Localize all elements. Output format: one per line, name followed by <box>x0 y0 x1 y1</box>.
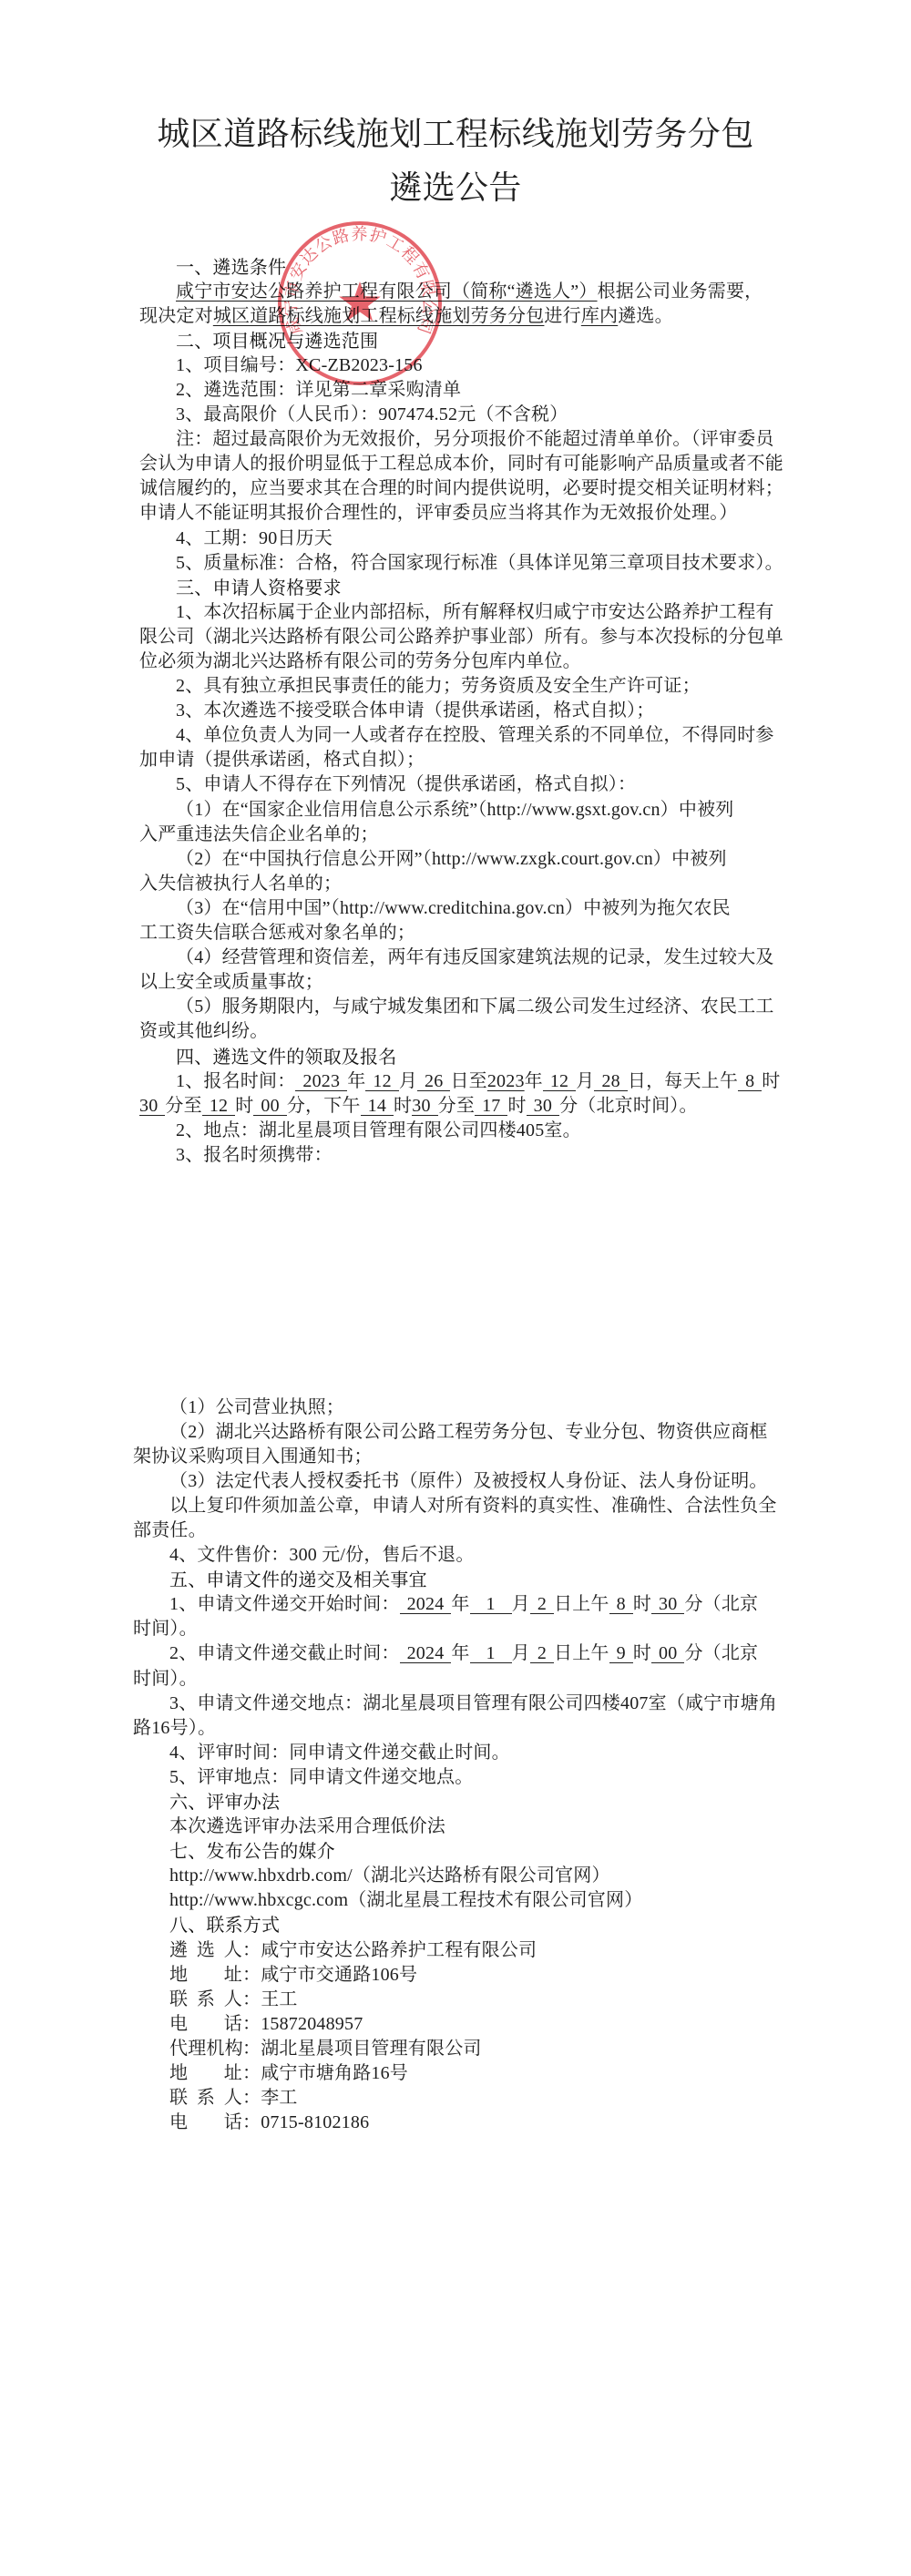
section-heading-registration: 四、遴选文件的领取及报名 <box>139 1045 832 1069</box>
contact-value: 咸宁市交通路106号 <box>261 1965 417 1985</box>
colon: ： <box>242 1965 261 1985</box>
deadline-year: 2024 <box>400 1644 452 1663</box>
exclusion-item-2-line: （2）在“中国执行信息公开网”（http://www.zxgk.court.go… <box>139 847 832 872</box>
contact-tenderer-person: 联系人：王工 <box>133 1988 825 2012</box>
exclusion-item-1-line: 入严重违法失信企业名单的； <box>139 823 832 847</box>
text: 分至 <box>165 1096 201 1116</box>
text: 日，每天上午 <box>628 1071 738 1091</box>
media-url-2: http://www.hbxcgc.com（湖北星晨工程技术有限公司官网） <box>133 1888 825 1913</box>
project-number: 1、项目编号：XC-ZB2023-156 <box>139 353 832 378</box>
quality-standard: 5、质量标准：合格，符合国家现行标准（具体详见第三章项目技术要求）。 <box>139 551 832 576</box>
tenderer-name: 咸宁市安达公路养护工程有限公司（简称“遴选人”） <box>176 281 598 302</box>
announcement-page: 城区道路标线施划工程标线施划劳务分包 遴选公告 一、遴选条件 咸宁市安达公路养护… <box>0 0 911 2576</box>
colon: ： <box>242 2039 261 2059</box>
section-heading-submission: 五、申请文件的递交及相关事宜 <box>133 1568 825 1592</box>
document-title-line2: 遴选公告 <box>0 169 911 209</box>
contact-value: 李工 <box>261 2088 297 2108</box>
contact-label: 电话 <box>169 2111 242 2135</box>
bring-item-2-line: （2）湖北兴达路桥有限公司公路工程劳务分包、专业分包、物资供应商框 <box>133 1420 825 1445</box>
colon: ： <box>242 2063 261 2083</box>
contact-label: 联系人 <box>169 2086 242 2111</box>
deadline-month: 1 <box>470 1644 512 1663</box>
contact-label: 代理机构 <box>169 2037 242 2061</box>
start-hour: 8 <box>609 1595 633 1614</box>
registration-bring: 3、报名时须携带： <box>139 1143 832 1168</box>
body-block-1: 一、遴选条件 咸宁市安达公路养护工程有限公司（简称“遴选人”）根据公司业务需要，… <box>139 255 832 1168</box>
label: 1、报名时间： <box>176 1071 295 1091</box>
unit: 年 <box>451 1643 469 1663</box>
requirement-1-line: 1、本次招标属于企业内部招标，所有解释权归咸宁市安达公路养护工程有 <box>139 600 832 625</box>
colon: ： <box>242 1940 261 1960</box>
exclusion-item-5-line: （5）服务期限内，与咸宁城发集团和下属二级公司发生过经济、农民工工 <box>139 995 832 1019</box>
requirement-2: 2、具有独立承担民事责任的能力；劳务资质及安全生产许可证； <box>139 674 832 699</box>
registration-place: 2、地点：湖北星晨项目管理有限公司四楼405室。 <box>139 1119 832 1143</box>
selection-scope: 库内 <box>581 306 618 326</box>
requirement-4-line: 4、单位负责人为同一人或者存在控股、管理关系的不同单位，不得同时参 <box>139 723 832 748</box>
text: 分，下午 <box>287 1096 361 1116</box>
end-day: 28 <box>594 1072 627 1091</box>
text: 进行 <box>544 306 580 326</box>
pm-start-minute: 30 <box>412 1097 437 1116</box>
unit: 时 <box>762 1071 780 1091</box>
deadline-minute: 00 <box>651 1644 684 1663</box>
contact-label: 地址 <box>169 1963 242 1988</box>
exclusion-item-5-line: 资或其他纠纷。 <box>139 1019 832 1044</box>
contact-label: 遴选人 <box>169 1938 242 1963</box>
text: 日上午 <box>554 1643 609 1663</box>
unit: 时 <box>633 1643 651 1663</box>
label: 1、申请文件递交开始时间： <box>169 1594 400 1614</box>
unit: 月 <box>576 1071 594 1091</box>
review-time: 4、评审时间：同申请文件递交截止时间。 <box>133 1741 825 1765</box>
section-heading-contact: 八、联系方式 <box>133 1913 825 1937</box>
review-place: 5、评审地点：同申请文件递交地点。 <box>133 1765 825 1790</box>
contact-tenderer-address: 地址：咸宁市交通路106号 <box>133 1963 825 1988</box>
pm-end-minute: 30 <box>527 1097 559 1116</box>
deadline-hour: 9 <box>609 1644 633 1663</box>
start-day: 26 <box>417 1072 450 1091</box>
contact-agency-phone: 电话：0715-8102186 <box>133 2111 825 2135</box>
unit: 年 <box>347 1071 365 1091</box>
copies-note-line: 部责任。 <box>133 1518 825 1543</box>
price-note-line: 申请人不能证明其报价合理性的，评审委员应当将其作为无效报价处理。） <box>139 501 832 526</box>
document-price: 4、文件售价：300 元/份，售后不退。 <box>133 1543 825 1568</box>
exclusion-item-3-line: 工工资失信联合惩戒对象名单的； <box>139 921 832 946</box>
submission-place-line: 路16号）。 <box>133 1716 825 1741</box>
text: 日上午 <box>554 1594 609 1614</box>
registration-time-line1: 1、报名时间：2023年12月26日至2023年12月28日，每天上午8时 <box>139 1069 832 1094</box>
contact-label: 电话 <box>169 2012 242 2037</box>
review-method: 本次遴选评审办法采用合理低价法 <box>133 1814 825 1839</box>
exclusion-item-3-line: （3）在“信用中国”（http://www.creditchina.gov.cn… <box>139 896 832 921</box>
contact-value: 15872048957 <box>261 2014 363 2034</box>
selection-conditions-line1: 咸宁市安达公路养护工程有限公司（简称“遴选人”）根据公司业务需要， <box>139 280 832 304</box>
text: 遴选。 <box>618 306 673 326</box>
document-title-line1: 城区道路标线施划工程标线施划劳务分包 <box>0 115 911 155</box>
contact-value: 王工 <box>261 1989 297 2009</box>
submission-start-line: 1、申请文件递交开始时间：2024年1月2日上午8时30分（北京 <box>133 1592 825 1617</box>
exclusion-item-2-line: 入失信被执行人名单的； <box>139 872 832 896</box>
contact-value: 咸宁市塘角路16号 <box>261 2063 408 2083</box>
project-name: 城区道路标线施划工程标线施划劳务分包 <box>213 306 545 326</box>
unit: 时 <box>507 1096 526 1116</box>
contact-value: 咸宁市安达公路养护工程有限公司 <box>261 1940 537 1960</box>
requirement-1-line: 位必须为湖北兴达路桥有限公司的劳务分包库内单位。 <box>139 649 832 674</box>
construction-period: 4、工期：90日历天 <box>139 526 832 551</box>
unit: 时 <box>394 1096 412 1116</box>
am-end-minute: 00 <box>253 1097 286 1116</box>
end-month: 12 <box>543 1072 576 1091</box>
contact-agency-address: 地址：咸宁市塘角路16号 <box>133 2061 825 2086</box>
price-note-line: 诚信履约的，应当要求其在合理的时间内提供说明，必要时提交相关证明材料； <box>139 476 832 501</box>
unit: 月 <box>512 1594 530 1614</box>
unit: 月 <box>399 1071 417 1091</box>
am-start-hour: 8 <box>738 1072 762 1091</box>
contact-agency-person: 联系人：李工 <box>133 2086 825 2111</box>
section-heading-selection-conditions: 一、遴选条件 <box>139 255 832 280</box>
selection-conditions-line2: 现决定对城区道路标线施划工程标线施划劳务分包进行库内遴选。 <box>139 304 832 329</box>
pm-end-hour: 17 <box>475 1097 507 1116</box>
text: 根据公司业务需要， <box>598 281 763 302</box>
contact-label: 地址 <box>169 2061 242 2086</box>
text: 日至 <box>450 1071 486 1091</box>
text: 分至 <box>438 1096 475 1116</box>
registration-time-line2: 30分至12时00分，下午14时30分至17时30分（北京时间）。 <box>139 1094 832 1119</box>
copies-note-line: 以上复印件须加盖公章，申请人对所有资料的真实性、准确性、合法性负全 <box>133 1494 825 1518</box>
contact-label: 联系人 <box>169 1988 242 2012</box>
requirement-5: 5、申请人不得存在下列情况（提供承诺函，格式自拟）： <box>139 772 832 797</box>
body-block-2: （1）公司营业执照； （2）湖北兴达路桥有限公司公路工程劳务分包、专业分包、物资… <box>133 1395 825 2136</box>
colon: ： <box>242 2088 261 2108</box>
text: 分（北京 <box>684 1594 758 1614</box>
submission-start-tz: 时间）。 <box>133 1617 825 1641</box>
submission-place-line: 3、申请文件递交地点：湖北星晨项目管理有限公司四楼407室（咸宁市塘角 <box>133 1692 825 1716</box>
bring-item-2-line: 架协议采购项目入围通知书； <box>133 1445 825 1469</box>
section-heading-review-method: 六、评审办法 <box>133 1790 825 1814</box>
contact-tenderer-phone: 电话：15872048957 <box>133 2012 825 2037</box>
start-minute: 30 <box>651 1595 684 1614</box>
exclusion-item-1-line: （1）在“国家企业信用信息公示系统”（http://www.gsxt.gov.c… <box>139 798 832 823</box>
unit: 年 <box>525 1071 543 1091</box>
text: 分（北京 <box>684 1643 758 1663</box>
end-year: 2023 <box>487 1071 525 1091</box>
start-year: 2024 <box>400 1595 452 1614</box>
text: 分（北京时间）。 <box>559 1096 698 1116</box>
start-year: 2023 <box>295 1072 347 1091</box>
submission-deadline-tz: 时间）。 <box>133 1667 825 1692</box>
price-note-line: 会认为申请人的报价明显低于工程总成本价，同时有可能影响产品质量或者不能 <box>139 452 832 476</box>
unit: 年 <box>451 1594 469 1614</box>
unit: 时 <box>235 1096 253 1116</box>
am-start-minute: 30 <box>139 1097 165 1116</box>
section-heading-project-overview: 二、项目概况与遴选范围 <box>139 329 832 353</box>
exclusion-item-4-line: （4）经营管理和资信差，两年有违反国家建筑法规的记录，发生过较大及 <box>139 946 832 970</box>
requirement-1-line: 限公司（湖北兴达路桥有限公司公路养护事业部）所有。参与本次投标的分包单 <box>139 625 832 649</box>
colon: ： <box>242 2014 261 2034</box>
pm-start-hour: 14 <box>361 1097 394 1116</box>
deadline-day: 2 <box>530 1644 554 1663</box>
start-day: 2 <box>530 1595 554 1614</box>
exclusion-item-4-line: 以上安全或质量事故； <box>139 970 832 995</box>
media-url-1: http://www.hbxdrb.com/（湖北兴达路桥有限公司官网） <box>133 1864 825 1888</box>
selection-scope-item: 2、遴选范围：详见第二章采购清单 <box>139 378 832 403</box>
unit: 月 <box>512 1643 530 1663</box>
start-month: 12 <box>365 1072 398 1091</box>
bring-item-3: （3）法定代表人授权委托书（原件）及被授权人身份证、法人身份证明。 <box>133 1469 825 1494</box>
text: 现决定对 <box>139 306 213 326</box>
requirement-4-line: 加申请（提供承诺函，格式自拟）； <box>139 748 832 772</box>
requirement-3: 3、本次遴选不接受联合体申请（提供承诺函，格式自拟）； <box>139 699 832 723</box>
bring-item-1: （1）公司营业执照； <box>133 1395 825 1420</box>
start-month: 1 <box>470 1595 512 1614</box>
label: 2、申请文件递交截止时间： <box>169 1643 400 1663</box>
unit: 时 <box>633 1594 651 1614</box>
contact-agency: 代理机构：湖北星晨项目管理有限公司 <box>133 2037 825 2061</box>
contact-value: 0715-8102186 <box>261 2112 369 2132</box>
colon: ： <box>242 1989 261 2009</box>
section-heading-qualifications: 三、申请人资格要求 <box>139 576 832 600</box>
contact-tenderer: 遴选人：咸宁市安达公路养护工程有限公司 <box>133 1938 825 1963</box>
price-note-line: 注：超过最高限价为无效报价，另分项报价不能超过清单单价。（评审委员 <box>139 427 832 452</box>
contact-value: 湖北星晨项目管理有限公司 <box>261 2039 481 2059</box>
section-heading-media: 七、发布公告的媒介 <box>133 1839 825 1864</box>
submission-deadline-line: 2、申请文件递交截止时间：2024年1月2日上午9时00分（北京 <box>133 1641 825 1666</box>
am-end-hour: 12 <box>202 1097 235 1116</box>
colon: ： <box>242 2112 261 2132</box>
max-price: 3、最高限价（人民币）：907474.52元（不含税） <box>139 403 832 427</box>
